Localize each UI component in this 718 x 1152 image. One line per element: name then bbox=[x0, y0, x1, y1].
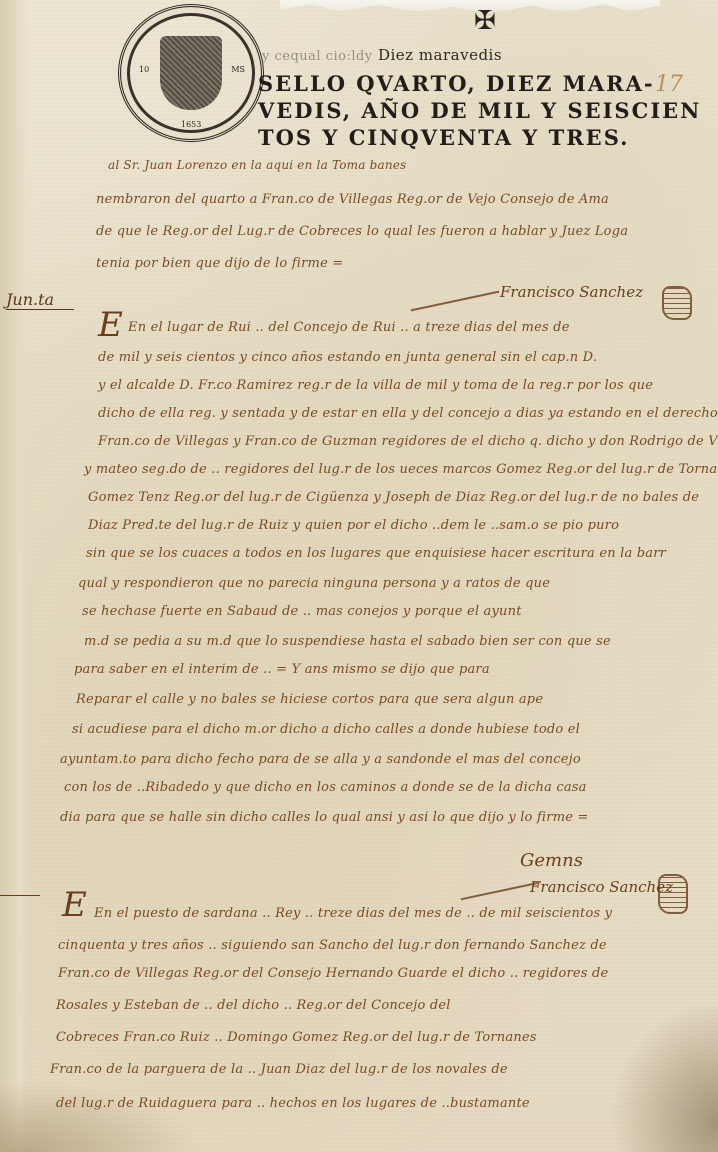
mirrored-ghost-text: y cequal cio:ldy bbox=[262, 49, 373, 64]
stamp-title: SELLO QVARTO, DIEZ MARA- VEDIS, AÑO DE M… bbox=[258, 70, 718, 151]
seal-year: 1653 bbox=[181, 120, 201, 129]
signature-flourish bbox=[411, 291, 499, 312]
handwritten-line: Reparar el calle y no bales se hiciese c… bbox=[76, 692, 543, 707]
handwritten-line: m.d se pedia a su m.d que lo suspendiese… bbox=[84, 634, 611, 649]
handwritten-line: Fran.co de la parguera de la .. Juan Dia… bbox=[50, 1062, 508, 1077]
handwritten-line: al Sr. Juan Lorenzo en la aqui en la Tom… bbox=[108, 158, 406, 172]
coat-of-arms-icon bbox=[160, 36, 222, 110]
handwritten-line: tenia por bien que dijo de lo firme = bbox=[96, 256, 343, 271]
handwritten-line: qual y respondieron que no parecia ningu… bbox=[78, 576, 550, 591]
stamp-title-line: VEDIS, AÑO DE MIL Y SEISCIEN bbox=[258, 97, 718, 124]
handwritten-line: Gomez Tenz Reg.or del lug.r de Cigüenza … bbox=[88, 490, 699, 505]
handwritten-line: para saber en el interim de .. = Y ans m… bbox=[74, 662, 490, 677]
stamp-value: Diez maravedis bbox=[378, 46, 502, 64]
handwritten-line: En el puesto de sardana .. Rey .. treze … bbox=[94, 906, 612, 921]
signature-flourish bbox=[461, 882, 540, 901]
manuscript-page: 10 MS 1653 ✠ y cequal cio:ldy Diez marav… bbox=[0, 0, 718, 1152]
page-edge-shadow bbox=[0, 0, 28, 1152]
handwritten-line: se hechase fuerte en Sabaud de .. mas co… bbox=[82, 604, 522, 619]
handwritten-line: y el alcalde D. Fr.co Ramirez reg.r de l… bbox=[98, 378, 653, 393]
initial-letter: E bbox=[62, 885, 87, 925]
handwritten-line: de que le Reg.or del Lug.r de Cobreces l… bbox=[96, 224, 628, 239]
folio-number: 17 bbox=[655, 72, 683, 97]
stamp-title-line: SELLO QVARTO, DIEZ MARA- bbox=[258, 70, 718, 97]
handwritten-line: sin que se los cuaces a todos en los lug… bbox=[86, 546, 666, 561]
handwritten-line: Fran.co de Villegas y Fran.co de Guzman … bbox=[98, 434, 718, 449]
handwritten-line: del lug.r de Ruidaguera para .. hechos e… bbox=[56, 1096, 530, 1111]
margin-note: Jun.ta bbox=[6, 290, 74, 310]
rubric-icon bbox=[658, 874, 688, 914]
handwritten-line: de mil y seis cientos y cinco años estan… bbox=[98, 350, 597, 365]
handwritten-line: En el lugar de Rui .. del Concejo de Rui… bbox=[128, 320, 570, 335]
signature: Francisco Sanchez bbox=[530, 878, 673, 896]
handwritten-line: dia para que se halle sin dicho calles l… bbox=[60, 810, 589, 825]
margin-rule bbox=[0, 895, 40, 896]
rubric-icon bbox=[662, 286, 692, 320]
handwritten-line: dicho de ella reg. y sentada y de estar … bbox=[98, 406, 718, 421]
stain-bottom-right bbox=[610, 1000, 718, 1152]
stain-bottom-left bbox=[0, 1080, 200, 1152]
torn-top-edge bbox=[280, 0, 660, 14]
initial-letter: E bbox=[98, 305, 123, 345]
handwritten-line: nembraron del quarto a Fran.co de Villeg… bbox=[96, 192, 609, 207]
seal-right-mark: MS bbox=[231, 65, 245, 74]
handwritten-line: Fran.co de Villegas Reg.or del Consejo H… bbox=[58, 966, 608, 981]
signature: Francisco Sanchez bbox=[500, 283, 643, 301]
signature-top: Gemns bbox=[520, 850, 583, 871]
royal-seal-icon: 10 MS 1653 bbox=[118, 4, 264, 142]
stamp-title-line: TOS Y CINQVENTA Y TRES. bbox=[258, 124, 718, 151]
handwritten-line: Rosales y Esteban de .. del dicho .. Reg… bbox=[56, 998, 451, 1013]
handwritten-line: y mateo seg.do de .. regidores del lug.r… bbox=[84, 462, 718, 477]
stamp-value-line: y cequal cio:ldy Diez maravedis bbox=[262, 46, 572, 64]
handwritten-line: cinquenta y tres años .. siguiendo san S… bbox=[58, 938, 607, 953]
seal-left-mark: 10 bbox=[139, 65, 149, 74]
cross-icon: ✠ bbox=[474, 6, 496, 36]
handwritten-line: Diaz Pred.te del lug.r de Ruiz y quien p… bbox=[88, 518, 619, 533]
handwritten-line: Cobreces Fran.co Ruiz .. Domingo Gomez R… bbox=[56, 1030, 537, 1045]
handwritten-line: si acudiese para el dicho m.or dicho a d… bbox=[72, 722, 580, 737]
handwritten-line: con los de ..Ribadedo y que dicho en los… bbox=[64, 780, 587, 795]
handwritten-line: ayuntam.to para dicho fecho para de se a… bbox=[60, 752, 581, 767]
